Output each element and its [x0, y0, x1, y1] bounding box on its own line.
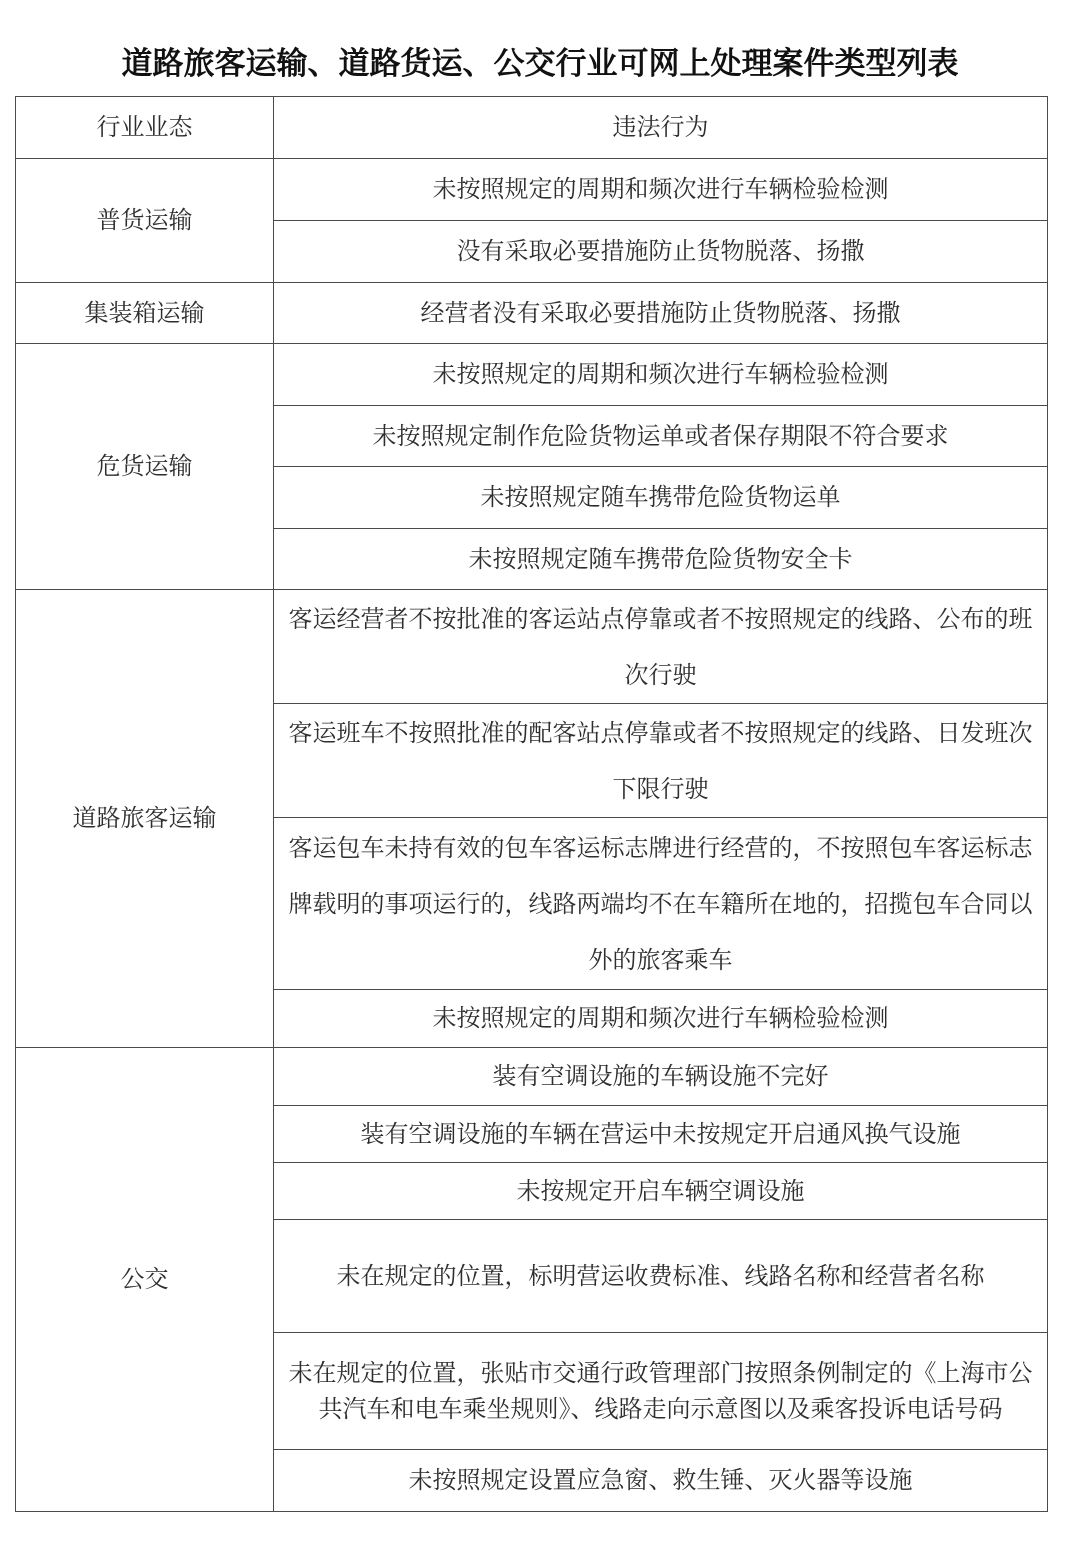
violation-cell: 经营者没有采取必要措施防止货物脱落、扬撒: [274, 283, 1048, 344]
violation-cell: 未按照规定随车携带危险货物运单: [274, 467, 1048, 529]
violation-cell: 未在规定的位置，标明营运收费标准、线路名称和经营者名称: [274, 1220, 1048, 1333]
violation-cell: 未按照规定的周期和频次进行车辆检验检测: [274, 990, 1048, 1048]
industry-cell: 道路旅客运输: [16, 590, 274, 1048]
violation-cell: 客运班车不按照批准的配客站点停靠或者不按照规定的线路、日发班次下限行驶: [274, 704, 1048, 818]
header-violation: 违法行为: [274, 97, 1048, 159]
industry-cell: 普货运输: [16, 159, 274, 283]
industry-cell: 公交: [16, 1048, 274, 1512]
document-title: 道路旅客运输、道路货运、公交行业可网上处理案件类型列表: [0, 38, 1080, 83]
table-row: 公交 装有空调设施的车辆设施不完好: [16, 1048, 1048, 1106]
table-row: 危货运输 未按照规定的周期和频次进行车辆检验检测: [16, 344, 1048, 406]
violation-cell: 装有空调设施的车辆在营运中未按规定开启通风换气设施: [274, 1106, 1048, 1163]
violation-cell: 没有采取必要措施防止货物脱落、扬撒: [274, 221, 1048, 283]
violation-cell: 未按照规定随车携带危险货物安全卡: [274, 529, 1048, 590]
violation-cell: 未按照规定的周期和频次进行车辆检验检测: [274, 159, 1048, 221]
header-industry: 行业业态: [16, 97, 274, 159]
violation-cell: 客运经营者不按批准的客运站点停靠或者不按照规定的线路、公布的班次行驶: [274, 590, 1048, 704]
violation-cell: 未按规定开启车辆空调设施: [274, 1163, 1048, 1220]
table-row: 道路旅客运输 客运经营者不按批准的客运站点停靠或者不按照规定的线路、公布的班次行…: [16, 590, 1048, 704]
violation-table: 行业业态 违法行为 普货运输 未按照规定的周期和频次进行车辆检验检测 没有采取必…: [15, 96, 1048, 1512]
table-row: 集装箱运输 经营者没有采取必要措施防止货物脱落、扬撒: [16, 283, 1048, 344]
industry-cell: 集装箱运输: [16, 283, 274, 344]
violation-cell: 未按照规定制作危险货物运单或者保存期限不符合要求: [274, 406, 1048, 467]
violation-cell: 未在规定的位置，张贴市交通行政管理部门按照条例制定的《上海市公共汽车和电车乘坐规…: [274, 1333, 1048, 1450]
violation-cell: 装有空调设施的车辆设施不完好: [274, 1048, 1048, 1106]
violation-cell: 客运包车未持有效的包车客运标志牌进行经营的，不按照包车客运标志牌载明的事项运行的…: [274, 818, 1048, 990]
violation-cell: 未按照规定的周期和频次进行车辆检验检测: [274, 344, 1048, 406]
violation-cell: 未按照规定设置应急窗、救生锤、灭火器等设施: [274, 1450, 1048, 1512]
table-header-row: 行业业态 违法行为: [16, 97, 1048, 159]
industry-cell: 危货运输: [16, 344, 274, 590]
table-row: 普货运输 未按照规定的周期和频次进行车辆检验检测: [16, 159, 1048, 221]
